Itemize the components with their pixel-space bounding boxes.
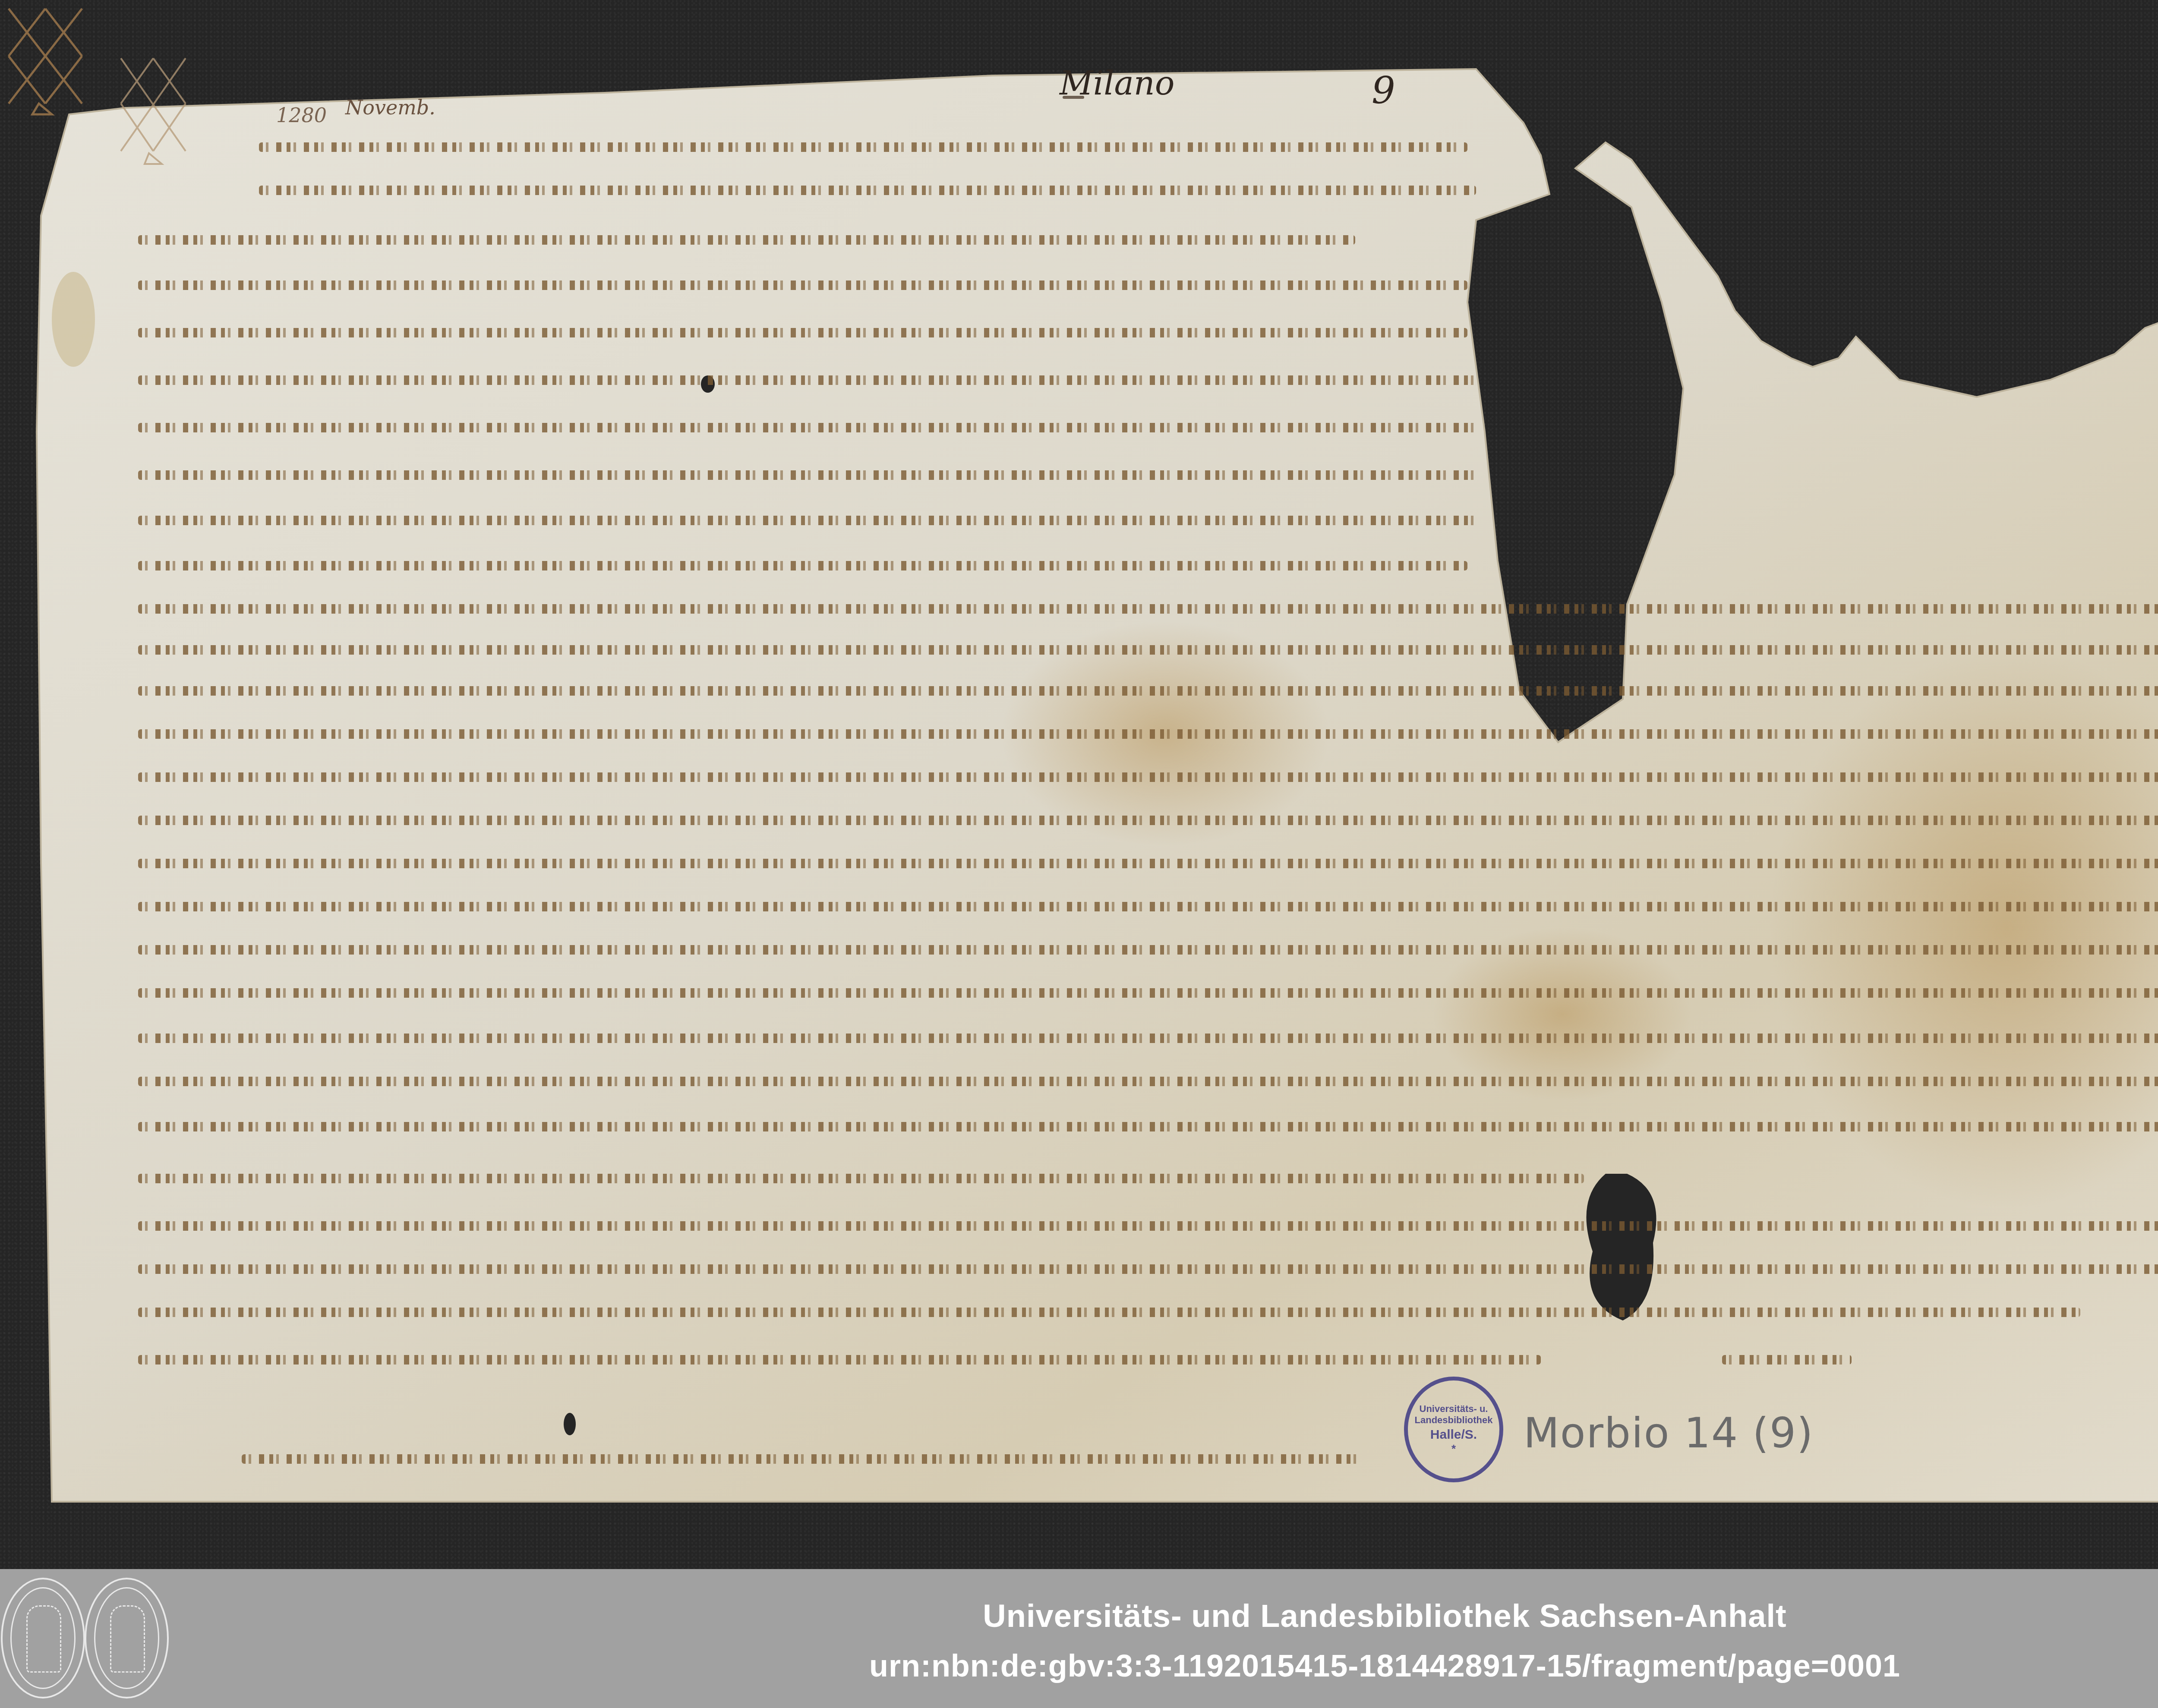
institution-name: Universitäts- und Landesbibliothek Sachs… [0, 1598, 2158, 1634]
text-line [138, 816, 2158, 825]
text-line [1722, 1355, 1852, 1365]
text-line [138, 235, 1355, 245]
text-line [138, 516, 1476, 525]
text-line [138, 645, 2158, 655]
text-line [138, 604, 2158, 614]
notary-signum-icon [0, 0, 91, 117]
text-line [138, 375, 1476, 385]
text-line [138, 1355, 1541, 1365]
text-line [138, 686, 2158, 696]
date-annotation-month: Novemb. [345, 96, 435, 119]
text-line [138, 945, 2158, 955]
text-line [138, 423, 1476, 432]
text-line [242, 1454, 1364, 1464]
text-line [138, 988, 2158, 998]
text-line [138, 859, 2158, 868]
text-line [138, 1174, 1584, 1183]
place-underline [1063, 96, 1084, 99]
parchment-charter: 1280 Novemb. Milano 9 [0, 0, 2158, 1569]
text-line [138, 1221, 2158, 1231]
text-line [138, 1077, 2158, 1086]
text-line [138, 1122, 2158, 1131]
text-line [138, 1308, 2080, 1317]
text-line [259, 186, 1476, 195]
stamp-city: Halle/S. [1430, 1428, 1477, 1442]
folio-number: 9 [1372, 69, 1395, 112]
shelfmark: Morbio 14 (9) [1524, 1409, 1814, 1457]
date-annotation-year: 1280 [276, 104, 327, 127]
notary-signum-top-icon [114, 52, 192, 181]
text-line [138, 470, 1476, 480]
text-line [138, 280, 1467, 290]
text-line [138, 1264, 2158, 1274]
text-line [259, 142, 1467, 152]
text-line [138, 561, 1467, 570]
library-ownership-stamp: Universitäts- u. Landesbibliothek Halle/… [1404, 1377, 1503, 1482]
stamp-star: * [1451, 1442, 1456, 1456]
text-line [138, 902, 2158, 911]
text-line [138, 1034, 2158, 1043]
text-line [138, 772, 2158, 782]
text-line [138, 729, 2158, 739]
stamp-ring-text: Universitäts- u. Landesbibliothek [1408, 1403, 1499, 1426]
text-line [138, 328, 1467, 337]
footer-banner: Universitäts- und Landesbibliothek Sachs… [0, 1569, 2158, 1708]
urn-identifier: urn:nbn:de:gbv:3:3-1192015415-1814428917… [0, 1648, 2158, 1684]
